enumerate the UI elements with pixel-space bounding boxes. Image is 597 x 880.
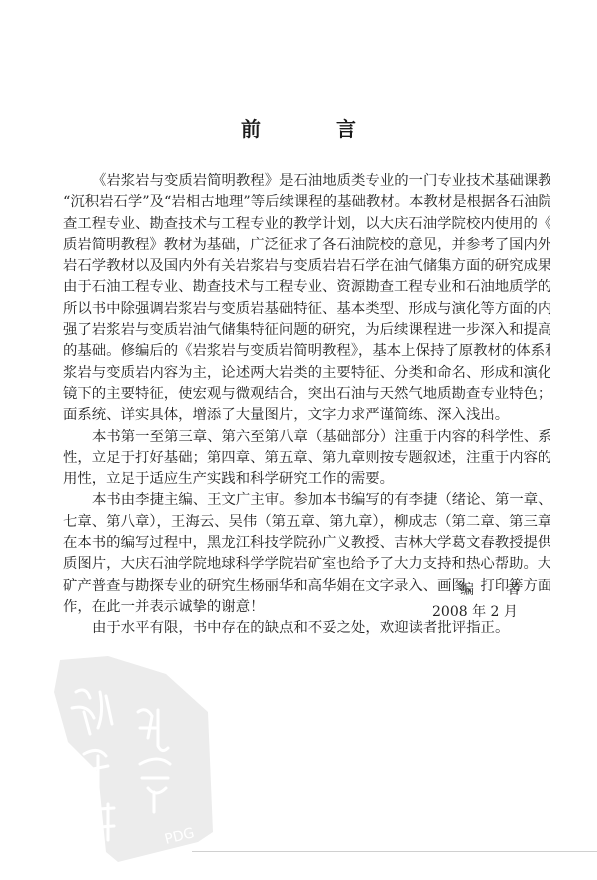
text-line: 由于石油工程专业、勘查技术与工程专业、资源勘查工程专业和石油地质学的关系密切，: [63, 277, 550, 298]
text-line: 镜下的主要特征，使宏观与微观结合，突出石油与天然气地质勘查专业特色；内容力求全: [63, 384, 550, 405]
paragraph-2: 本书第一至第三章、第六至第八章（基础部分）注重于内容的科学性、系统性和完整 性，…: [63, 427, 550, 491]
text-line: 面系统、详实具体，增添了大量图片，文字力求严谨简练、深入浅出。: [63, 405, 550, 426]
paragraph-3: 本书由李捷主编、王文广主审。参加本书编写的有李捷（绪论、第一章、第六章、第 七章…: [63, 490, 550, 618]
preface-body: 《岩浆岩与变质岩简明教程》是石油地质类专业的一门专业技术基础课教材，是学习 “沉…: [63, 171, 550, 640]
text-line: 浆岩与变质岩内容为主，论述两大岩类的主要特征、分类和命名、形成和演化，以及显微: [63, 363, 550, 384]
text-line: 由于水平有限，书中存在的缺点和不妥之处，欢迎读者批评指正。: [63, 618, 550, 639]
text-line: 所以书中除强调岩浆岩与变质岩基础特征、基本类型、形成与演化等方面的内容外，还加: [63, 299, 550, 320]
date: 2008 年 2 月: [432, 601, 518, 621]
paragraph-1: 《岩浆岩与变质岩简明教程》是石油地质类专业的一门专业技术基础课教材，是学习 “沉…: [63, 171, 550, 427]
page-title: 前 言: [0, 113, 597, 142]
text-line: 《岩浆岩与变质岩简明教程》是石油地质类专业的一门专业技术基础课教材，是学习: [63, 171, 550, 192]
page-divider: [192, 851, 597, 852]
text-line: 在本书的编写过程中，黑龙江科技学院孙广义教授、吉林大学葛文春教授提供了大量的地: [63, 533, 550, 554]
seal-stamp-icon: PDG: [48, 652, 218, 864]
text-line: “沉积岩石学”及“岩相古地理”等后续课程的基础教材。本教材是根据各石油院校资源勘: [63, 192, 550, 213]
text-line: 查工程专业、勘查技术与工程专业的教学计划，以大庆石油学院校内使用的《岩浆岩与变: [63, 214, 550, 235]
text-line: 质图片，大庆石油学院地球科学学院岩矿室也给予了大力支持和热心帮助。大庆石油学院: [63, 554, 550, 575]
text-line: 的基础。修编后的《岩浆岩与变质岩简明教程》，基本上保持了原教材的体系和特色，以岩: [63, 341, 550, 362]
text-line: 性，立足于打好基础；第四章、第五章、第九章则按专题叙述，注重于内容的针对性和实: [63, 448, 550, 469]
text-line: 七章、第八章），王海云、吴伟（第五章、第九章），柳成志（第二章、第三章、第四章）…: [63, 512, 550, 533]
text-line: 岩石学教材以及国内外有关岩浆岩与变质岩岩石学在油气储集方面的研究成果修编而成的。: [63, 256, 550, 277]
signature: 编 者: [460, 579, 534, 599]
text-line: 本书第一至第三章、第六至第八章（基础部分）注重于内容的科学性、系统性和完整: [63, 427, 550, 448]
text-line: 强了岩浆岩与变质岩油气储集特征问题的研究，为后续课程进一步深入和提高打下了必要: [63, 320, 550, 341]
paragraph-4: 由于水平有限，书中存在的缺点和不妥之处，欢迎读者批评指正。: [63, 618, 550, 639]
text-line: 本书由李捷主编、王文广主审。参加本书编写的有李捷（绪论、第一章、第六章、第: [63, 490, 550, 511]
text-line: 用性，立足于适应生产实践和科学研究工作的需要。: [63, 469, 550, 490]
text-line: 质岩简明教程》教材为基础，广泛征求了各石油院校的意见，并参考了国内外有代表性的: [63, 235, 550, 256]
